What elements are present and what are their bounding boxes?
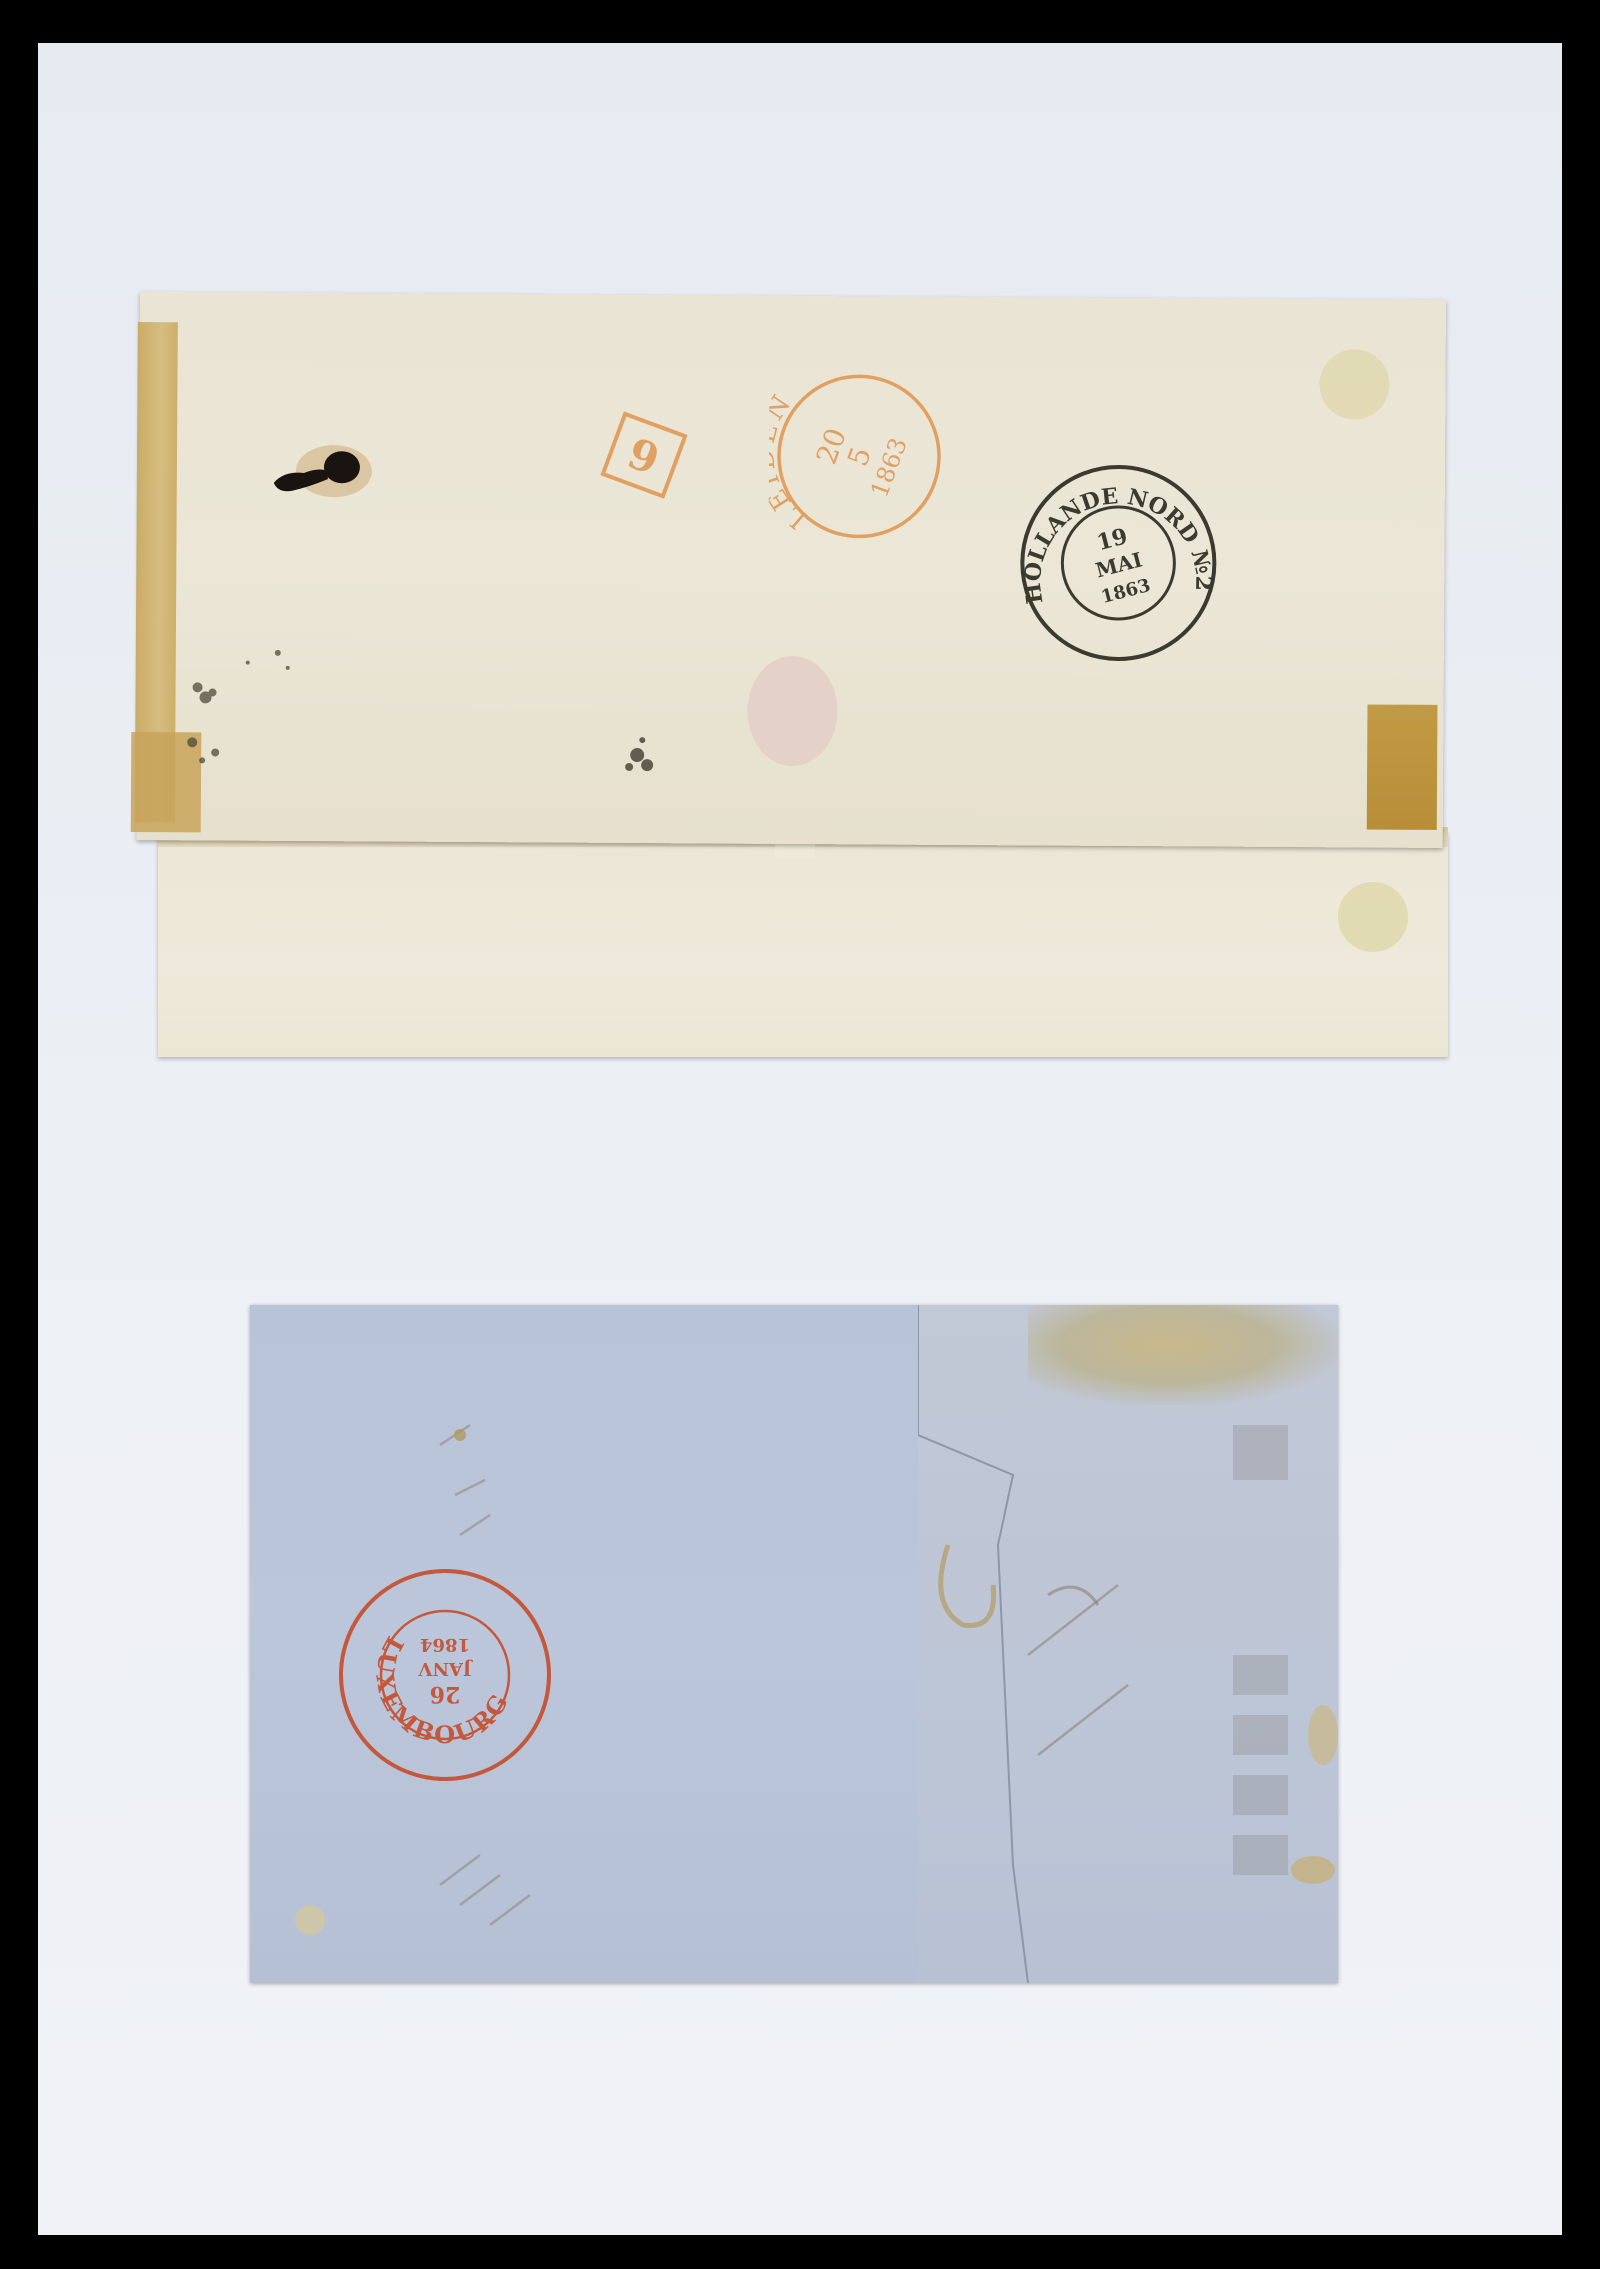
foxing-spot bbox=[295, 1905, 325, 1935]
cover-blue-letter: LUXEMBOURG 26 JANV 1864 bbox=[250, 1305, 1340, 1985]
svg-text:5: 5 bbox=[841, 442, 878, 470]
boxed-numeral-stamp: 9 bbox=[594, 405, 695, 506]
svg-text:9: 9 bbox=[621, 428, 665, 484]
flap-fold-lines bbox=[918, 1305, 1338, 1983]
ink-smudge bbox=[157, 592, 358, 793]
hollande-nord-postmark: HOLLANDE NORD №2 19 MAI 1863 bbox=[1013, 457, 1224, 668]
letter-flap bbox=[918, 1305, 1338, 1983]
faint-red-stain bbox=[747, 656, 838, 767]
svg-text:LEIDEN: LEIDEN bbox=[768, 387, 813, 535]
tape-residue-stain bbox=[1338, 882, 1408, 952]
toning-stain bbox=[1028, 1305, 1338, 1405]
svg-text:1864: 1864 bbox=[420, 1634, 470, 1655]
letter-lower-fold bbox=[158, 832, 1448, 1057]
tape-residue-stain bbox=[1319, 349, 1389, 419]
hinge-tape-right bbox=[1367, 705, 1438, 830]
cover-cream-letter: 9 LEIDEN 20 5 1863 HOLLANDE NORD №2 bbox=[140, 292, 1452, 1060]
luxembourg-postmark: LUXEMBOURG 26 JANV 1864 bbox=[335, 1565, 555, 1785]
svg-text:26: 26 bbox=[430, 1681, 461, 1707]
ink-blot-icon bbox=[264, 443, 374, 504]
leiden-postmark: LEIDEN 20 5 1863 bbox=[768, 366, 949, 547]
ink-smudge bbox=[607, 715, 687, 795]
svg-text:JANV: JANV bbox=[418, 1658, 474, 1679]
letter-upper-panel: 9 LEIDEN 20 5 1863 HOLLANDE NORD №2 bbox=[137, 292, 1446, 848]
